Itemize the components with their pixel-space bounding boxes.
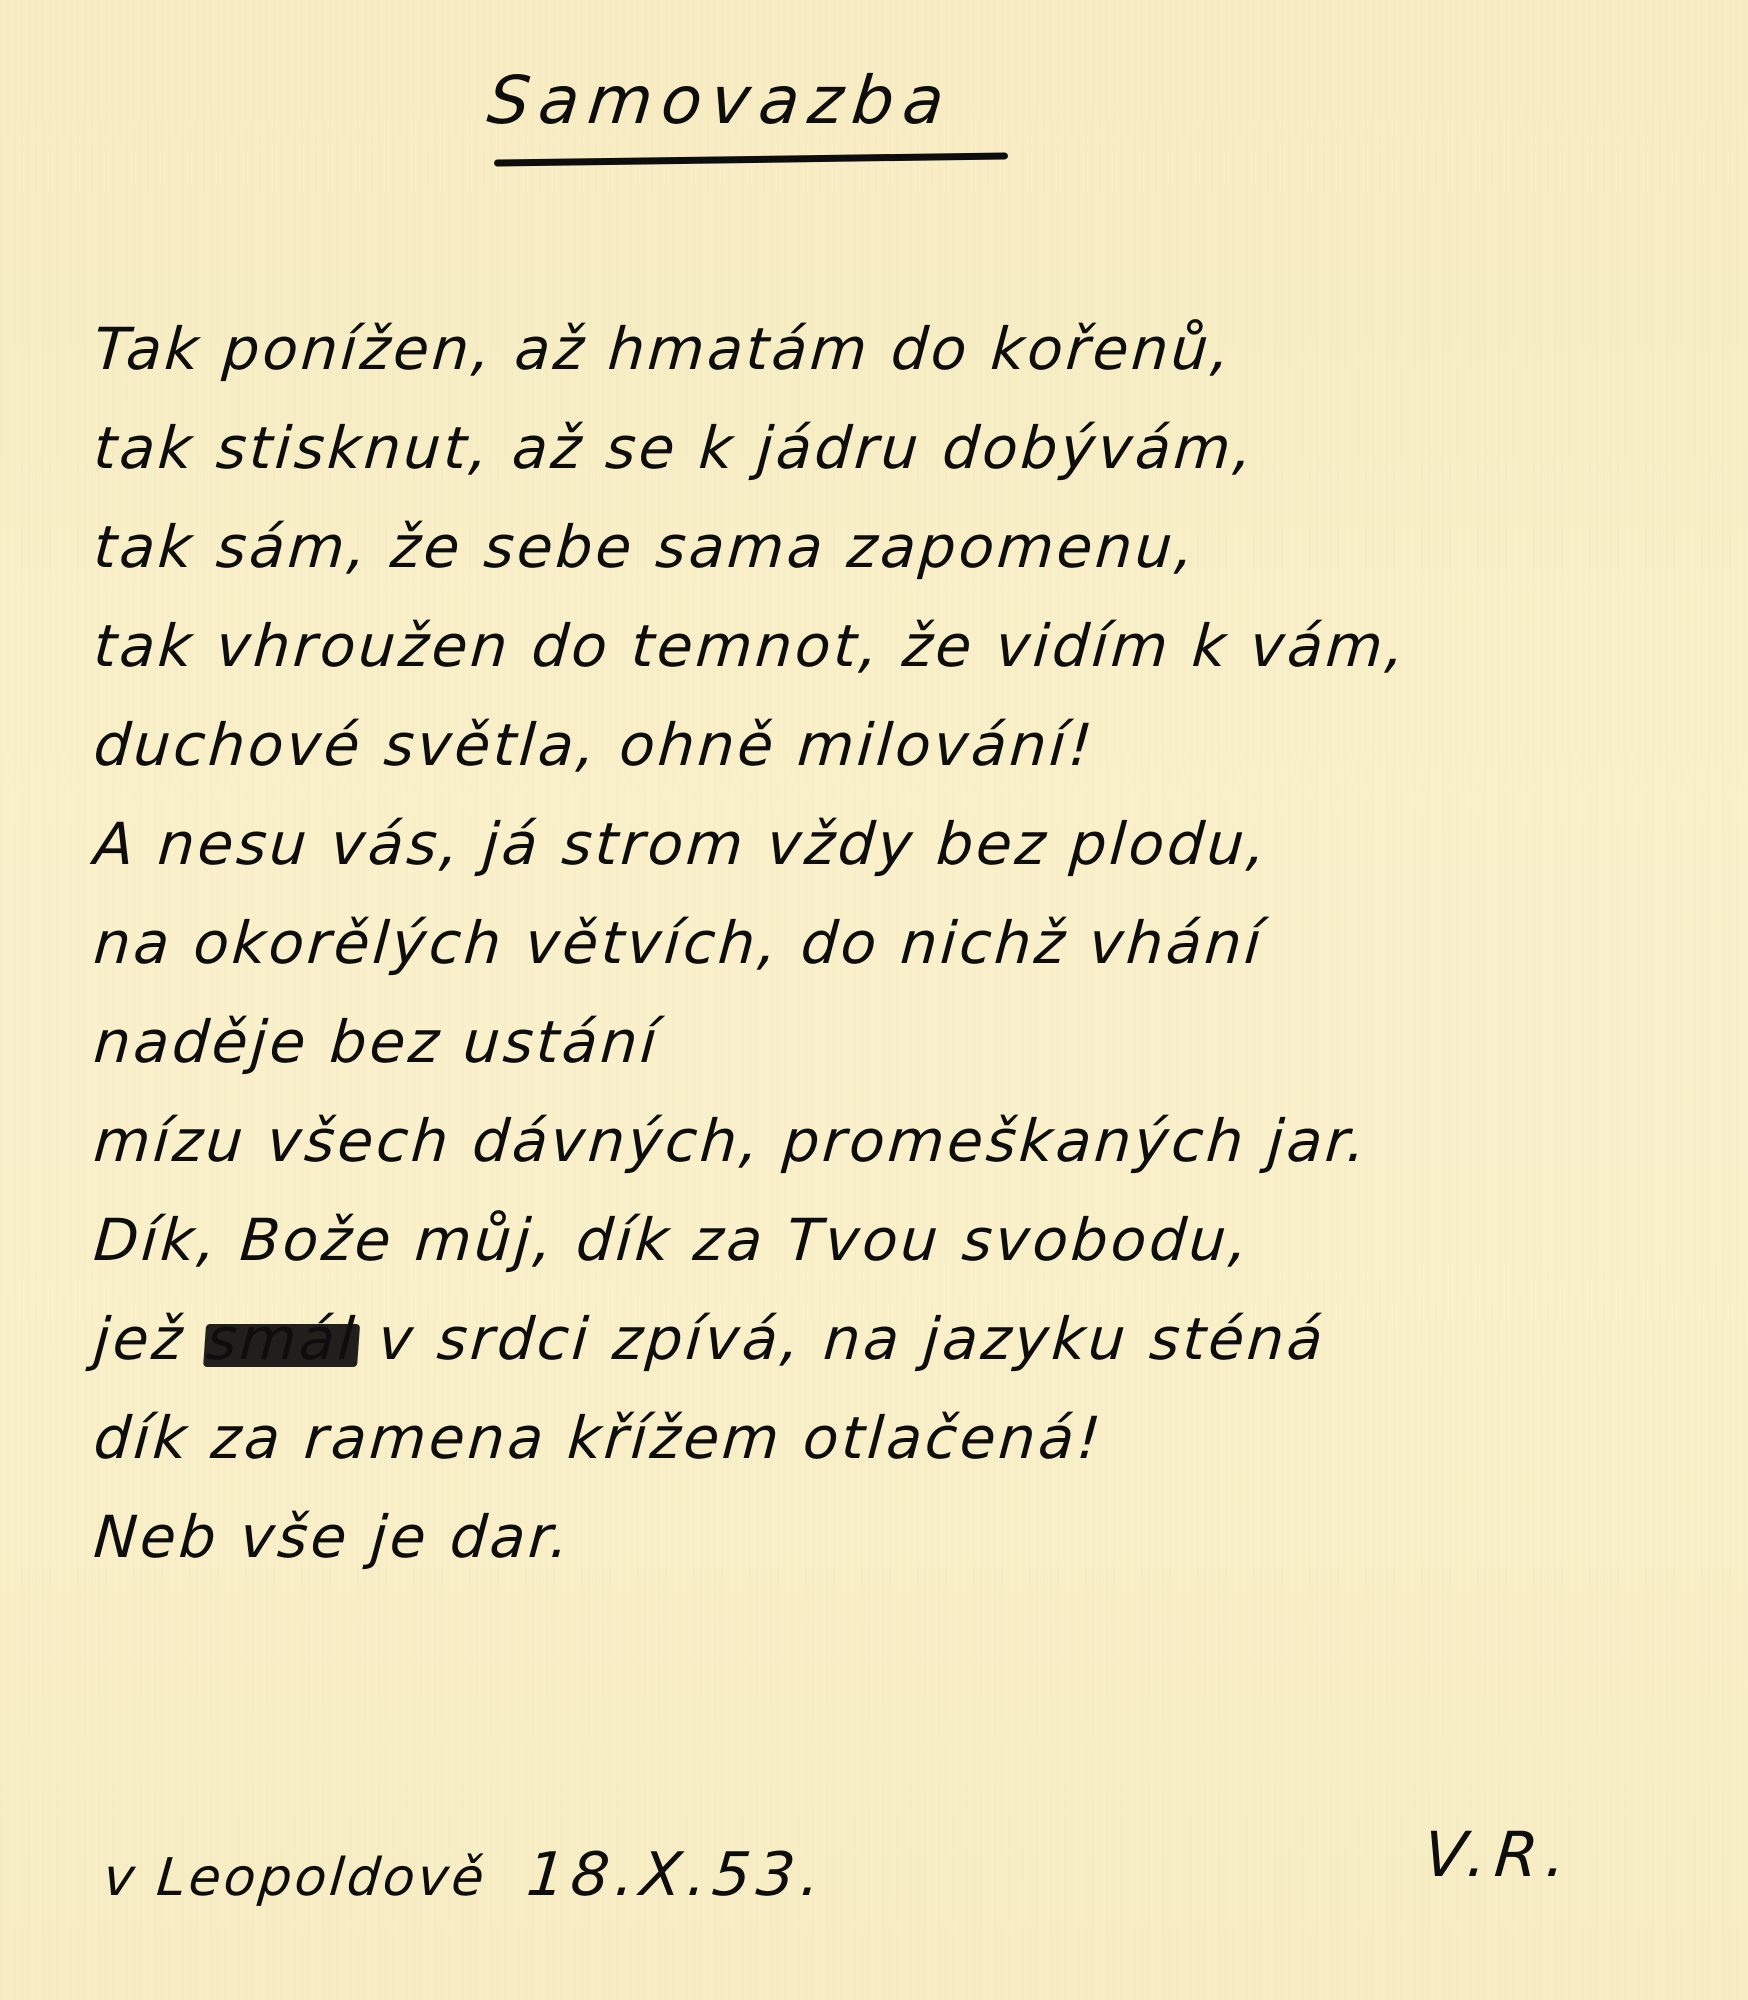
date: 18.X.53. [524,1840,829,1910]
poem-line-3: tak sám, že sebe sama zapomenu, [91,498,1748,597]
line-11-end: v srdci zpívá, na jazyku sténá [355,1305,1328,1373]
poem-line-2: tak stisknut, až se k jádru dobývám, [91,399,1748,498]
poem-line-6: A nesu vás, já strom vždy bez plodu, [91,795,1748,894]
poem-line-12: dík za ramena křížem otlačená! [91,1389,1748,1488]
signature: V.R. [1421,1818,1577,1891]
poem-title: Samovazba [485,68,956,134]
title-underline [494,152,1008,166]
poem-line-4: tak vhroužen do temnot, že vidím k vám, [91,597,1748,696]
poem-line-9: mízu všech dávných, promeškaných jar. [91,1092,1748,1191]
place: v Leopoldově [101,1848,489,1908]
poem-body: Tak ponížen, až hmatám do kořenů, tak st… [94,300,1744,1587]
poem-line-7: na okorělých větvích, do nichž vhání [91,894,1748,993]
manuscript-page: Samovazba Tak ponížen, až hmatám do koře… [0,0,1748,2000]
poem-line-11: jež smál v srdci zpívá, na jazyku sténá [91,1290,1748,1389]
struck-out-word: smál [203,1290,360,1389]
place-and-date: v Leopoldově18.X.53. [101,1840,829,1910]
line-11-start: jež [92,1305,209,1373]
poem-line-10: Dík, Bože můj, dík za Tvou svobodu, [91,1191,1748,1290]
poem-line-13: Neb vše je dar. [91,1488,1748,1587]
poem-line-8: naděje bez ustání [91,993,1748,1092]
poem-line-1: Tak ponížen, až hmatám do kořenů, [91,300,1748,399]
poem-line-5: duchové světla, ohně milování! [91,696,1748,795]
